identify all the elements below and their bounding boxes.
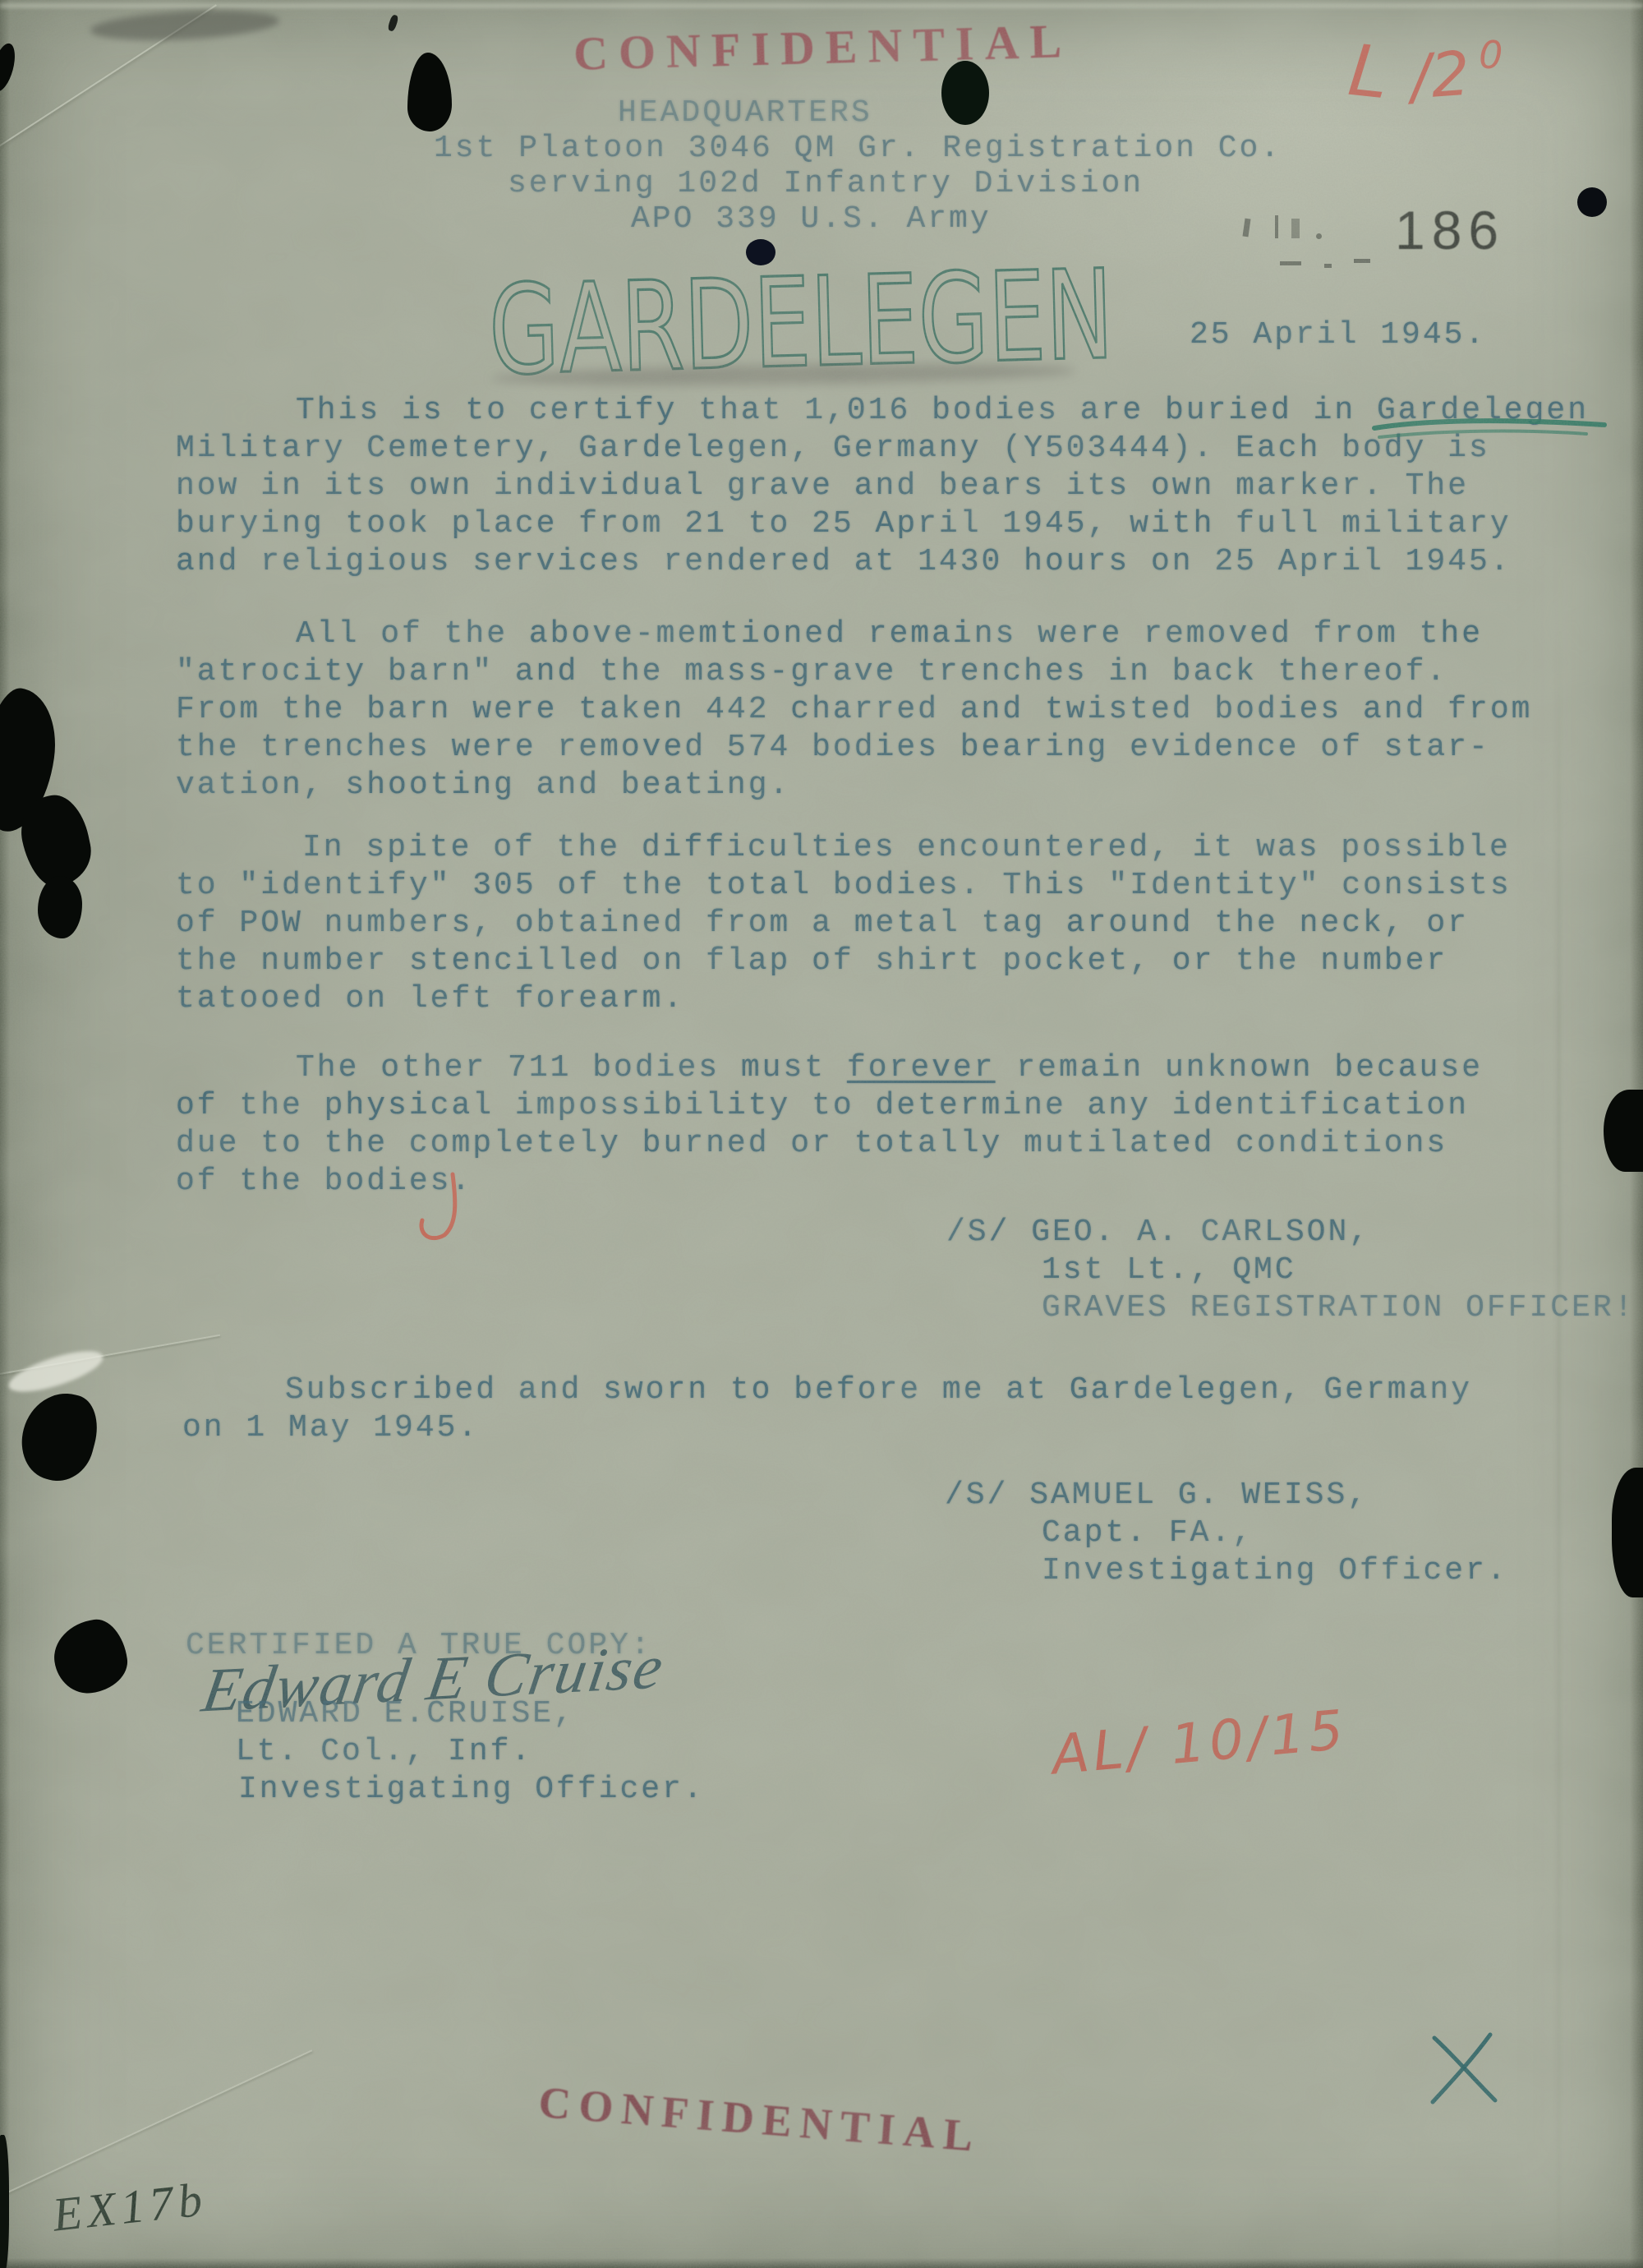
paragraph-line: now in its own individual grave and bear…: [176, 470, 1469, 503]
header-serving: serving 102d Infantry Division: [508, 168, 1144, 201]
handwritten-title-svg: GARDELEGEN: [460, 234, 1199, 415]
paragraph-line: The other 711 bodies must forever remain…: [296, 1052, 1483, 1085]
p4-post: remain unknown because: [996, 1050, 1484, 1086]
ink-dot-title: [746, 239, 775, 265]
red-code-bottom: AL/ 10/15: [1049, 1698, 1350, 1786]
signature1-line3: GRAVES REGISTRATION OFFICER!: [1042, 1292, 1636, 1325]
crease-right-vertical: [1558, 625, 1560, 2268]
pencil-trace: [1275, 215, 1278, 238]
confidential-stamp-top: CONFIDENTIAL: [573, 13, 1073, 81]
signature1-line1: /S/ GEO. A. CARLSON,: [946, 1216, 1370, 1249]
red-check-mark: [415, 1171, 481, 1253]
attestation-line2: on 1 May 1945.: [182, 1412, 479, 1445]
signature2-line3: Investigating Officer.: [1042, 1555, 1508, 1588]
torn-edge-right-upper: [1604, 1090, 1643, 1172]
paragraph-line: In spite of the difficulties encountered…: [302, 832, 1511, 864]
signature1-line2: 1st Lt., QMC: [1042, 1254, 1296, 1287]
paragraph-line: tatooed on left forearm.: [176, 983, 684, 1016]
torn-edge-right-lower: [1612, 1468, 1643, 1597]
pencil-dash: [1280, 261, 1301, 265]
paragraph-line: Military Cemetery, Gardelegen, Germany (…: [176, 432, 1490, 465]
certification-rank: Lt. Col., Inf.: [236, 1736, 532, 1768]
ink-hole-top-left: [407, 53, 452, 131]
confidential-stamp-bottom: CONFIDENTIAL: [536, 2077, 983, 2162]
certification-title: Investigating Officer.: [238, 1773, 705, 1806]
paragraph-line: vation, shooting and beating.: [176, 769, 790, 802]
ink-sliver-left-bottom: [0, 2135, 9, 2268]
pencil-trace: [1243, 219, 1251, 237]
header-headquarters: HEADQUARTERS: [618, 97, 872, 130]
document-date: 25 April 1945.: [1190, 319, 1486, 352]
signature2-line2: Capt. FA.,: [1042, 1517, 1254, 1550]
attestation-line1: Subscribed and sworn to before me at Gar…: [285, 1374, 1472, 1407]
paragraph-line: "atrocity barn" and the mass-grave trenc…: [176, 656, 1447, 689]
green-underline: [1368, 415, 1614, 451]
ink-tick-top: [387, 14, 399, 32]
pencil-dash: [1324, 264, 1332, 268]
red-code-top-right: L /2 0: [1349, 31, 1498, 113]
p4-pre: The other 711 bodies must: [296, 1050, 847, 1086]
signature2-line1: /S/ SAMUEL G. WEISS,: [945, 1479, 1369, 1512]
paragraph-line: of the physical impossibility to determi…: [176, 1090, 1469, 1122]
paragraph-line: of POW numbers, obtained from a metal ta…: [176, 907, 1469, 940]
header-apo: APO 339 U.S. Army: [631, 203, 992, 236]
paragraph-line: All of the above-memtioned remains were …: [296, 618, 1483, 651]
x-mark: [1421, 2030, 1512, 2112]
paragraph-line: to "identify" 305 of the total bodies. T…: [176, 869, 1512, 902]
edge-highlight-top: [0, 3, 1643, 8]
ink-blob-left-d: [13, 1384, 106, 1488]
paragraph-line: due to the completely burned or totally …: [176, 1127, 1447, 1160]
ink-hole-top-right: [941, 61, 989, 125]
red-code-sup: 0: [1479, 33, 1503, 77]
ink-dot-186: [1577, 187, 1607, 217]
edge-shadow-bottom: [0, 2258, 1643, 2268]
ink-blob-left-c: [38, 876, 82, 938]
paragraph-line: and religious services rendered at 1430 …: [176, 546, 1512, 579]
document-scan-page: CONFIDENTIAL L /2 0 HEADQUARTERS 1st Pla…: [0, 0, 1643, 2268]
paragraph-line: burying took place from 21 to 25 April 1…: [176, 508, 1512, 541]
paper-tear-left: [5, 1343, 108, 1399]
red-code-part1: L: [1345, 30, 1392, 115]
paragraph-line: the trenches were removed 574 bodies bea…: [176, 731, 1490, 764]
paragraph-line: From the barn were taken 442 charred and…: [176, 694, 1532, 726]
pencil-dash: [1354, 259, 1370, 263]
ink-blob-left-e: [49, 1616, 131, 1697]
p4-underlined-word: forever: [847, 1050, 996, 1086]
ink-sliver-left-top: [0, 41, 19, 94]
pencil-trace: [1316, 233, 1322, 239]
edge-shadow-left: [0, 0, 10, 2268]
certification-name: EDWARD E.CRUISE,: [236, 1698, 575, 1731]
page-number: 186: [1395, 199, 1505, 261]
gray-smudge-top-left: [90, 7, 279, 44]
header-unit: 1st Platoon 3046 QM Gr. Registration Co.: [434, 132, 1282, 165]
exhibit-mark: EX17b: [50, 2171, 209, 2242]
red-code-part2: /2: [1408, 39, 1472, 113]
pencil-trace: [1291, 219, 1300, 238]
paragraph-line: the number stencilled on flap of shirt p…: [176, 945, 1447, 978]
